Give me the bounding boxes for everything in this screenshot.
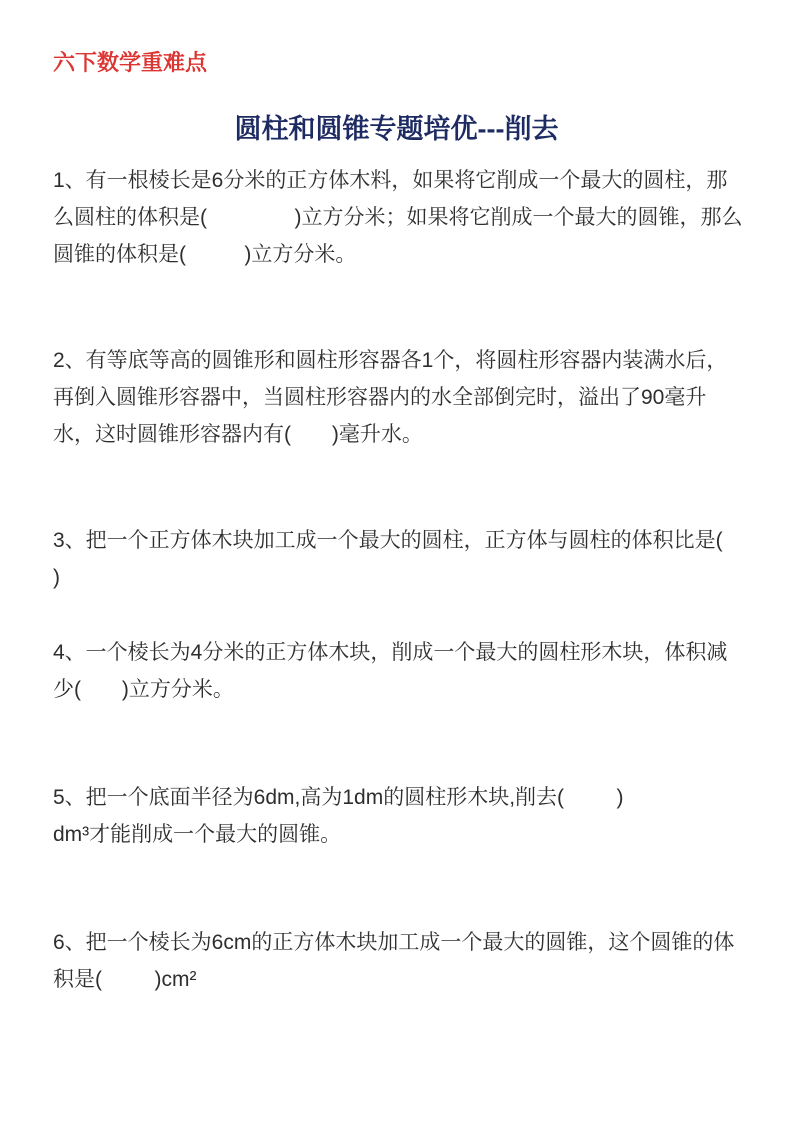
problem-3: 3、把一个正方体木块加工成一个最大的圆柱，正方体与圆柱的体积比是( ) (53, 522, 745, 596)
source-tag: 六下数学重难点 (53, 49, 207, 77)
problem-5: 5、把一个底面半径为6dm,高为1dm的圆柱形木块,削去( ) dm³才能削成一… (53, 779, 745, 853)
worksheet-page: 六下数学重难点 圆柱和圆锥专题培优---削去 1、有一根棱长是6分米的正方体木料… (0, 0, 793, 1122)
problem-1: 1、有一根棱长是6分米的正方体木料，如果将它削成一个最大的圆柱，那么圆柱的体积是… (53, 162, 745, 273)
problem-4: 4、一个棱长为4分米的正方体木块，削成一个最大的圆柱形木块，体积减少( )立方分… (53, 634, 745, 708)
page-title: 圆柱和圆锥专题培优---削去 (0, 109, 793, 149)
problem-2: 2、有等底等高的圆锥形和圆柱形容器各1个，将圆柱形容器内装满水后，再倒入圆锥形容… (53, 342, 745, 453)
problem-6: 6、把一个棱长为6cm的正方体木块加工成一个最大的圆锥，这个圆锥的体积是( )c… (53, 924, 745, 998)
